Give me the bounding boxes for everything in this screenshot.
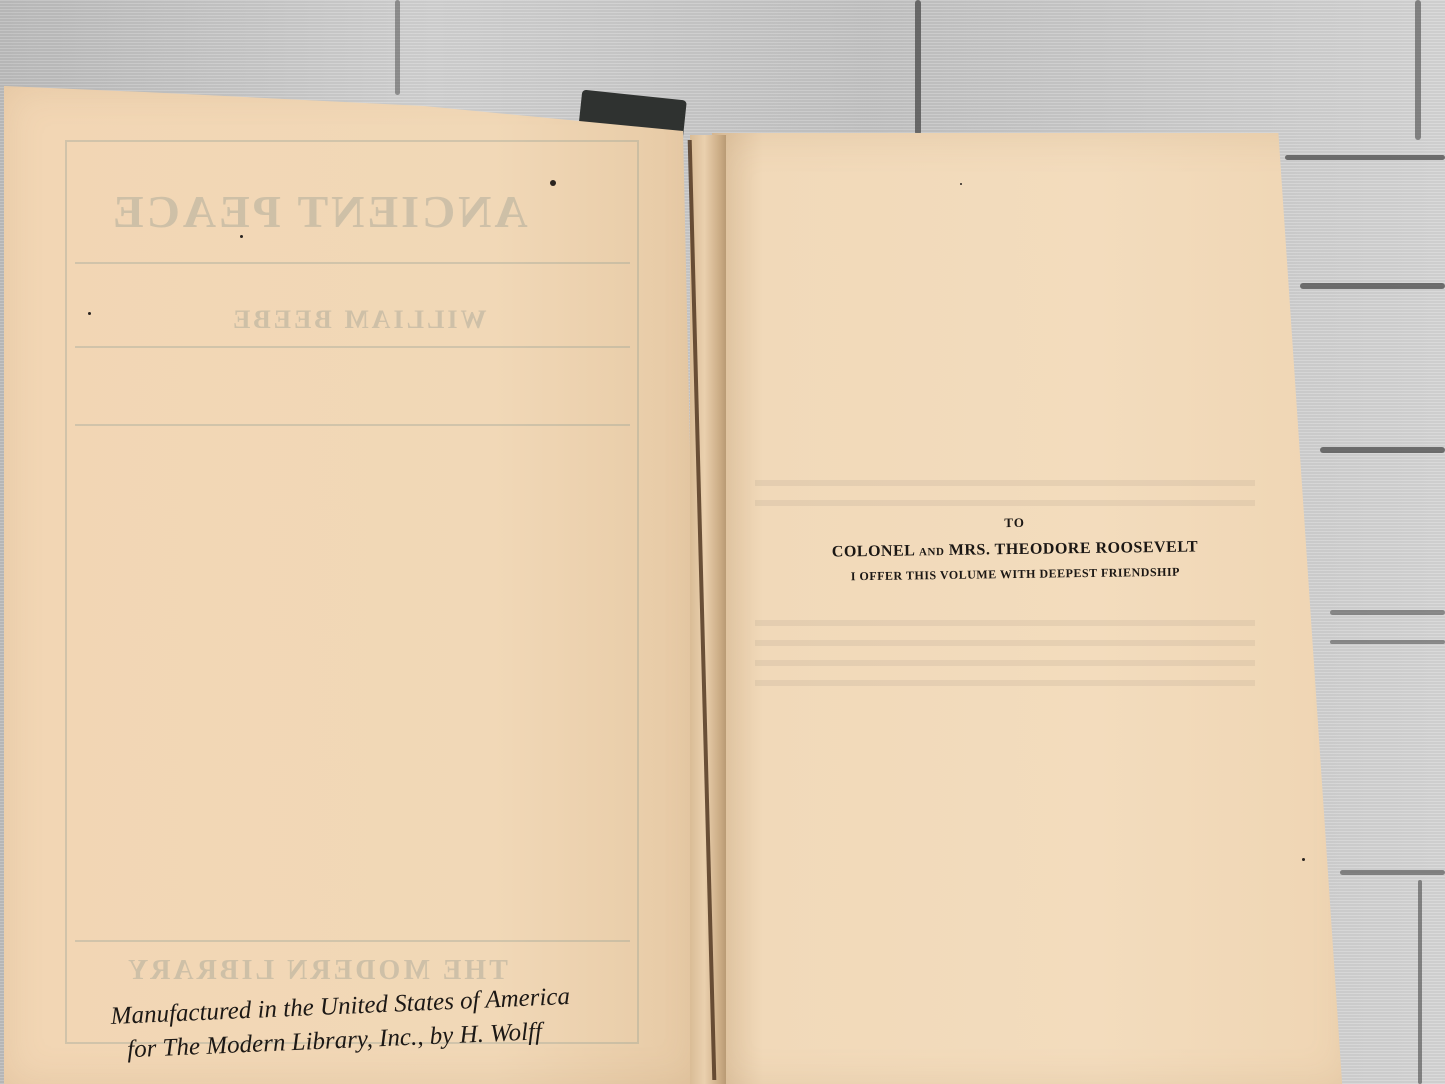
mortar-line — [1330, 610, 1445, 615]
bleed-through-title: ANCIENT PEACE — [110, 185, 528, 238]
dedication-names: COLONEL AND MRS. THEODORE ROOSEVELT — [800, 538, 1230, 562]
mortar-line — [1340, 870, 1445, 875]
bleed-through-paragraph — [755, 500, 1255, 506]
bleed-through-rule — [75, 262, 630, 264]
dedication-roosevelt: MRS. THEODORE ROOSEVELT — [949, 538, 1199, 558]
mortar-line — [1285, 155, 1445, 160]
mortar-line — [915, 0, 921, 135]
dedication-and: AND — [919, 546, 945, 558]
bleed-through-paragraph — [755, 480, 1255, 486]
mortar-line — [1300, 283, 1445, 289]
paper-speck — [550, 180, 556, 186]
bleed-through-rule — [75, 346, 630, 348]
mortar-line — [1418, 880, 1422, 1084]
paper-speck — [1302, 858, 1305, 861]
bleed-through-rule — [75, 424, 630, 426]
dedication-colonel: COLONEL — [832, 542, 915, 560]
paper-speck — [240, 235, 243, 238]
bleed-through-paragraph — [755, 680, 1255, 686]
bleed-through-paragraph — [755, 660, 1255, 666]
paper-speck — [88, 312, 91, 315]
mortar-line — [1320, 447, 1445, 453]
right-page — [712, 133, 1352, 1084]
bleed-through-paragraph — [755, 620, 1255, 626]
bleed-through-series: THE MODERN LIBRARY — [125, 955, 508, 987]
mortar-line — [395, 0, 400, 95]
paper-speck — [960, 183, 962, 185]
bleed-through-frame — [65, 140, 639, 1044]
bleed-through-rule — [75, 940, 630, 942]
dedication: TO COLONEL AND MRS. THEODORE ROOSEVELT I… — [800, 512, 1231, 585]
mortar-line — [1330, 640, 1445, 644]
mortar-line — [1415, 0, 1421, 140]
bleed-through-author: WILLIAM BEEBE — [230, 305, 486, 335]
bleed-through-paragraph — [755, 640, 1255, 646]
